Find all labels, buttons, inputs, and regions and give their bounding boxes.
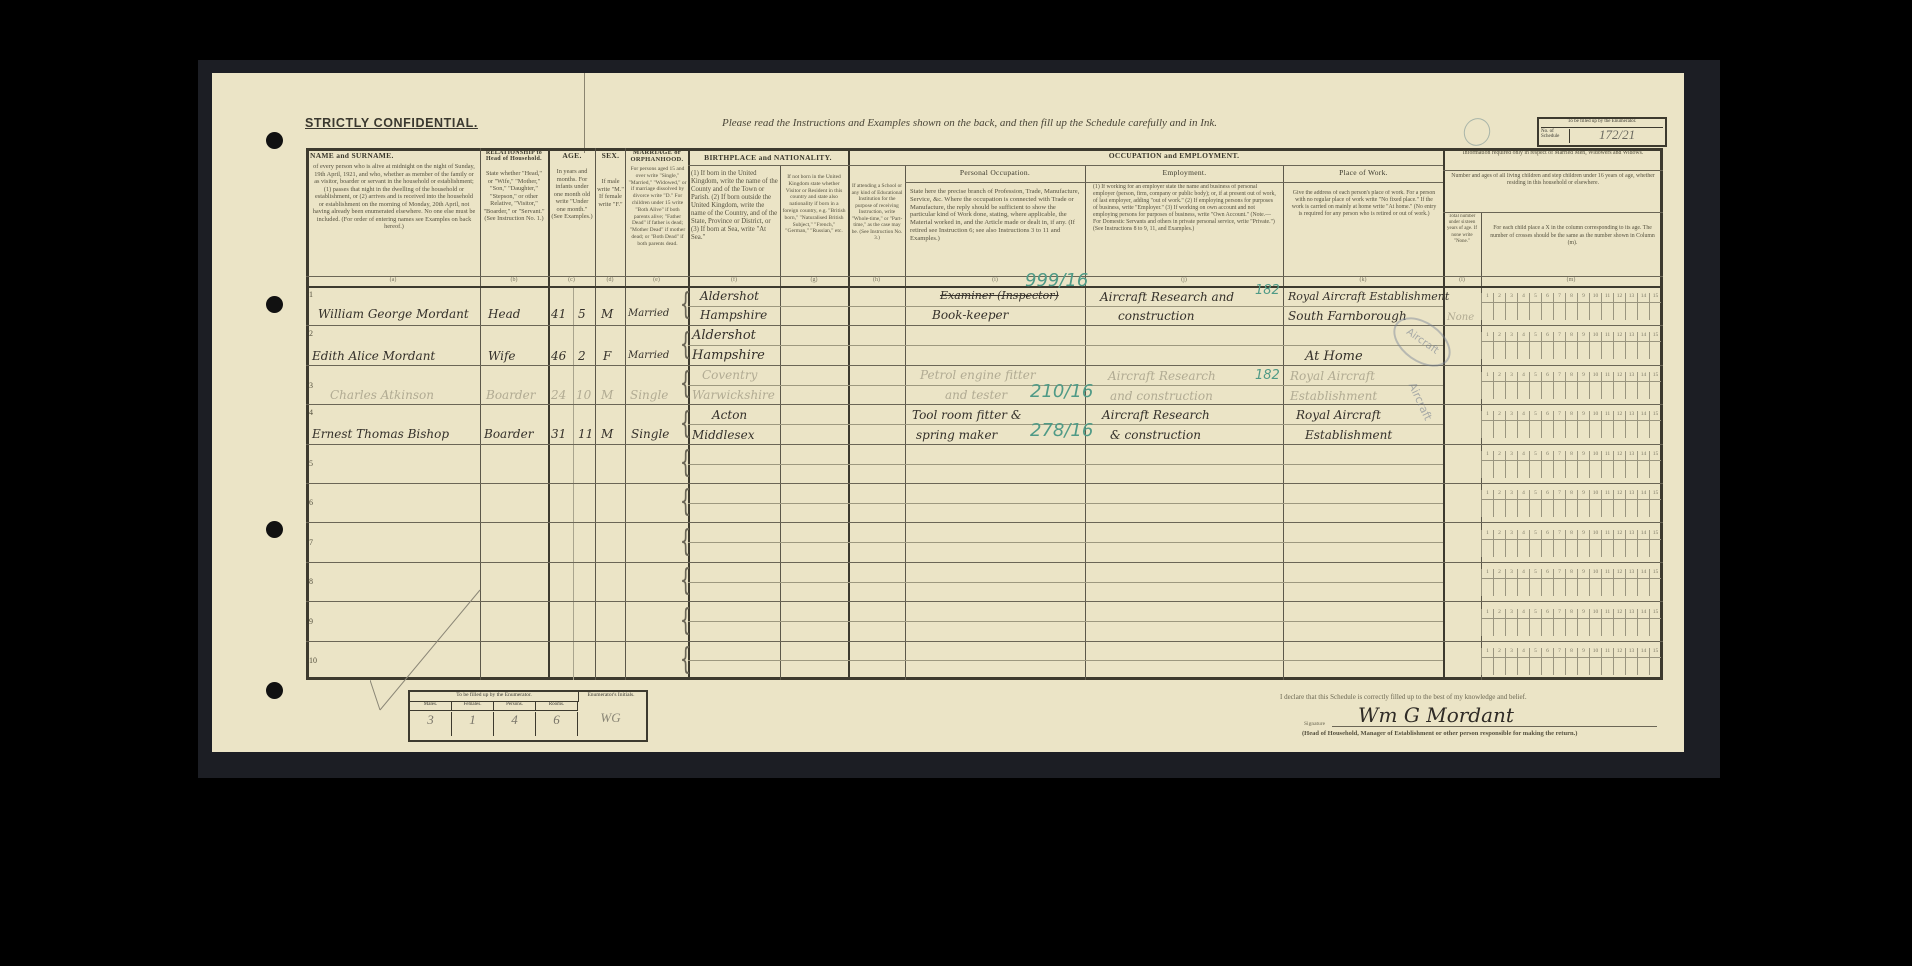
row-divider: [306, 562, 1663, 563]
children-total-help: Total number under sixteen years of age.…: [1444, 214, 1480, 276]
row-divider: [306, 641, 1663, 642]
enumerator-box: To be filled up by the Enumerator. Enume…: [408, 690, 648, 742]
occupation-group-title: OCCUPATION and EMPLOYMENT.: [905, 151, 1443, 160]
header-divider: [688, 165, 1443, 166]
relationship: Head: [488, 307, 520, 321]
birthplace-town: Acton: [712, 408, 747, 422]
age-months: 2: [578, 349, 586, 363]
signature-line: [1332, 726, 1657, 727]
signature-label: Signature: [1304, 721, 1325, 727]
employer: Aircraft Research: [1108, 369, 1216, 383]
form-instruction: Please read the Instructions and Example…: [722, 117, 1217, 129]
place-of-work-title: Place of Work.: [1285, 168, 1442, 177]
children-age-grid: 123456789101112131415: [1481, 606, 1661, 636]
punch-hole: [266, 296, 283, 313]
employer-line-2: and construction: [1110, 389, 1213, 403]
personal-occupation: Petrol engine fitter: [920, 368, 1036, 382]
birthplace-town: Aldershot: [700, 289, 759, 303]
birthplace-group-title: BIRTHPLACE and NATIONALITY.: [690, 153, 846, 162]
header-divider: [306, 286, 1663, 288]
row-brace: {: [680, 606, 691, 636]
column-letter: (f): [688, 277, 780, 283]
age-years: 46: [551, 349, 566, 363]
employer: Aircraft Research: [1102, 408, 1210, 422]
relationship-column-help: State whether "Head," or "Wife," "Mother…: [483, 170, 545, 274]
sex: F: [603, 349, 611, 363]
persons-count: 4: [494, 712, 536, 736]
rooms-count: 6: [536, 712, 578, 736]
occupation-code: 210/16: [1030, 381, 1093, 402]
age-years: 41: [551, 307, 566, 321]
row-brace: {: [680, 448, 691, 478]
age-months: 10: [576, 388, 591, 402]
half-row-divider: [688, 306, 1443, 307]
place-of-work: At Home: [1305, 349, 1363, 364]
sex: M: [601, 307, 613, 321]
birthplace-county: Hampshire: [692, 348, 765, 363]
col-divider: [905, 165, 906, 680]
header-divider: [1443, 170, 1663, 171]
col-divider: [1283, 165, 1284, 680]
marriage-column-help: For persons aged 15 and over write "Sing…: [628, 166, 687, 274]
half-row-divider: [688, 582, 1443, 583]
employer-line-2: & construction: [1110, 428, 1201, 442]
place-of-work-help: Give the address of each person's place …: [1290, 190, 1438, 274]
birthplace-county: Hampshire: [700, 308, 767, 322]
birthplace-column-help: (1) If born in the United Kingdom, write…: [691, 170, 779, 274]
signature-note: (Head of Household, Manager of Establish…: [1302, 730, 1577, 737]
person-name: Ernest Thomas Bishop: [312, 427, 449, 441]
row-divider: [306, 404, 1663, 405]
half-row-divider: [688, 621, 1443, 622]
females-label: Females.: [452, 702, 494, 711]
marital-status: Single: [630, 388, 668, 402]
children-age-grid: 123456789101112131415: [1481, 408, 1661, 438]
employer-code: 182: [1255, 283, 1280, 298]
personal-occupation-title: Personal Occupation.: [907, 168, 1083, 177]
name-column-title: NAME and SURNAME.: [310, 151, 478, 160]
column-letter: (e): [625, 277, 688, 283]
column-letter: (l): [1443, 277, 1481, 283]
relationship: Boarder: [486, 388, 535, 402]
age-years: 24: [551, 388, 566, 402]
sex: M: [601, 427, 613, 441]
nationality-column-help: If not born in the United Kingdom state …: [782, 174, 846, 274]
row-number: 8: [309, 577, 313, 586]
birthplace-town: Aldershot: [692, 328, 756, 343]
personal-occupation-line-2: and tester: [945, 388, 1007, 402]
row-number: 6: [309, 498, 313, 507]
column-letter: (d): [595, 277, 625, 283]
employment-help: (1) If working for an employer state the…: [1093, 184, 1279, 274]
rooms-label: Rooms.: [536, 702, 578, 711]
half-row-divider: [688, 345, 1443, 346]
enumerator-box-title: To be filled up by the Enumerator.: [410, 692, 579, 702]
half-row-divider: [688, 660, 1443, 661]
head-signature: Wm G Mordant: [1358, 703, 1514, 727]
education-column-help: If attending a School or any kind of Edu…: [851, 183, 903, 273]
half-row-divider: [688, 542, 1443, 543]
personal-occupation-line-2: spring maker: [916, 428, 997, 442]
marital-status: Single: [631, 427, 669, 441]
children-age-grid: 123456789101112131415: [1481, 487, 1661, 517]
age-months: 11: [578, 427, 593, 441]
schedule-number-box: To be filled up by the Enumerator. No. o…: [1537, 117, 1667, 147]
row-brace: {: [680, 369, 691, 399]
person-name: Charles Atkinson: [330, 388, 434, 402]
occupation-code: 278/16: [1030, 420, 1093, 441]
males-label: Males.: [410, 702, 452, 711]
half-row-divider: [688, 464, 1443, 465]
place-of-work-line-2: Establishment: [1305, 428, 1392, 442]
place-of-work: Royal Aircraft: [1296, 408, 1381, 422]
children-age-grid: 123456789101112131415: [1481, 329, 1661, 359]
column-letter: (k): [1283, 277, 1443, 283]
column-letter: (j): [1085, 277, 1283, 283]
person-name: William George Mordant: [318, 307, 469, 321]
row-brace: {: [680, 487, 691, 517]
children-age-grid: 123456789101112131415: [1481, 448, 1661, 478]
sex-column-help: If male write "M." If female write "F.": [597, 178, 624, 274]
children-group-title: Information required only in respect of …: [1446, 150, 1660, 169]
page-fold-line: [584, 73, 585, 153]
children-age-help: For each child place a X in the column c…: [1490, 225, 1655, 275]
enumerator-initials: WG: [590, 710, 631, 734]
row-divider: [306, 365, 1663, 366]
schedule-number: 172/21: [1599, 127, 1635, 143]
column-letter: (c): [548, 277, 595, 283]
children-age-grid: 123456789101112131415: [1481, 527, 1661, 557]
row-divider: [306, 601, 1663, 602]
children-age-grid: 123456789101112131415: [1481, 566, 1661, 596]
employment-title: Employment.: [1087, 168, 1282, 177]
column-letter: (m): [1481, 277, 1661, 283]
column-letter: (h): [848, 277, 905, 283]
relationship: Wife: [488, 349, 516, 363]
header-divider: [1443, 212, 1663, 213]
marital-status: Married: [628, 350, 669, 361]
row-number: 3: [309, 381, 313, 390]
birthplace-town: Coventry: [702, 368, 757, 382]
employer-code: 182: [1255, 368, 1280, 383]
occupation-code: 999/16: [1025, 270, 1088, 291]
row-brace: {: [680, 645, 691, 675]
place-of-work-line-2: South Farnborough: [1288, 309, 1407, 323]
row-brace: {: [680, 527, 691, 557]
children-column-help: Number and ages of all living children a…: [1446, 173, 1660, 211]
row-divider: [306, 444, 1663, 445]
person-name: Edith Alice Mordant: [312, 349, 435, 363]
col-divider: [780, 165, 781, 680]
age-months: 5: [578, 307, 586, 321]
personal-occupation: Tool room fitter &: [912, 408, 1022, 422]
children-age-grid: 123456789101112131415: [1481, 645, 1661, 675]
employer-line-2: construction: [1118, 309, 1194, 323]
row-brace: {: [680, 330, 691, 360]
row-divider: [306, 522, 1663, 523]
children-age-grid: 123456789101112131415: [1481, 290, 1661, 320]
schedule-box-label: No. of Schedule: [1541, 129, 1570, 143]
header-divider: [905, 182, 1443, 183]
personal-occupation: Book-keeper: [932, 308, 1008, 322]
males-count: 3: [410, 712, 452, 736]
row-number: 9: [309, 617, 313, 626]
row-number: 4: [309, 408, 313, 417]
birthplace-county: Middlesex: [692, 428, 754, 442]
row-divider: [306, 325, 1663, 326]
row-brace: {: [680, 290, 691, 320]
persons-label: Persons.: [494, 702, 536, 711]
place-of-work: Royal Aircraft Establishment: [1288, 290, 1449, 303]
row-number: 10: [309, 656, 317, 665]
confidential-heading: STRICTLY CONFIDENTIAL.: [305, 116, 478, 130]
sex: M: [601, 388, 613, 402]
place-of-work: Royal Aircraft: [1290, 369, 1375, 383]
age-years: 31: [551, 427, 566, 441]
punch-hole: [266, 682, 283, 699]
children-total: None: [1447, 312, 1474, 323]
children-age-grid: 123456789101112131415: [1481, 369, 1661, 399]
column-letter: (b): [480, 277, 548, 283]
column-letter: (a): [306, 277, 480, 283]
punch-hole: [266, 132, 283, 149]
birthplace-county: Warwickshire: [692, 388, 775, 402]
females-count: 1: [452, 712, 494, 736]
marital-status: Married: [628, 308, 669, 319]
half-row-divider: [688, 503, 1443, 504]
row-brace: {: [680, 566, 691, 596]
employer: Aircraft Research and: [1100, 290, 1234, 304]
age-column-title: AGE.: [550, 151, 594, 160]
row-brace: {: [680, 409, 691, 439]
column-letter: (g): [780, 277, 848, 283]
age-column-help: In years and months. For infants under o…: [551, 168, 593, 274]
sex-column-title: SEX.: [597, 151, 624, 160]
row-number: 5: [309, 459, 313, 468]
row-divider: [306, 483, 1663, 484]
personal-occupation-help: State here the precise branch of Profess…: [910, 188, 1082, 274]
relationship: Boarder: [484, 427, 533, 441]
row-number: 7: [309, 538, 313, 547]
place-of-work-line-2: Establishment: [1290, 389, 1377, 403]
relationship-column-title: RELATIONSHIP to Head of Household.: [482, 150, 546, 162]
row-number: 2: [309, 329, 313, 338]
marriage-column-title: MARRIAGE or ORPHANHOOD.: [627, 149, 687, 163]
punch-hole: [266, 521, 283, 538]
name-column-help: of every person who is alive at midnight…: [312, 163, 476, 275]
declaration-text: I declare that this Schedule is correctl…: [1280, 693, 1527, 701]
row-number: 1: [309, 290, 313, 299]
